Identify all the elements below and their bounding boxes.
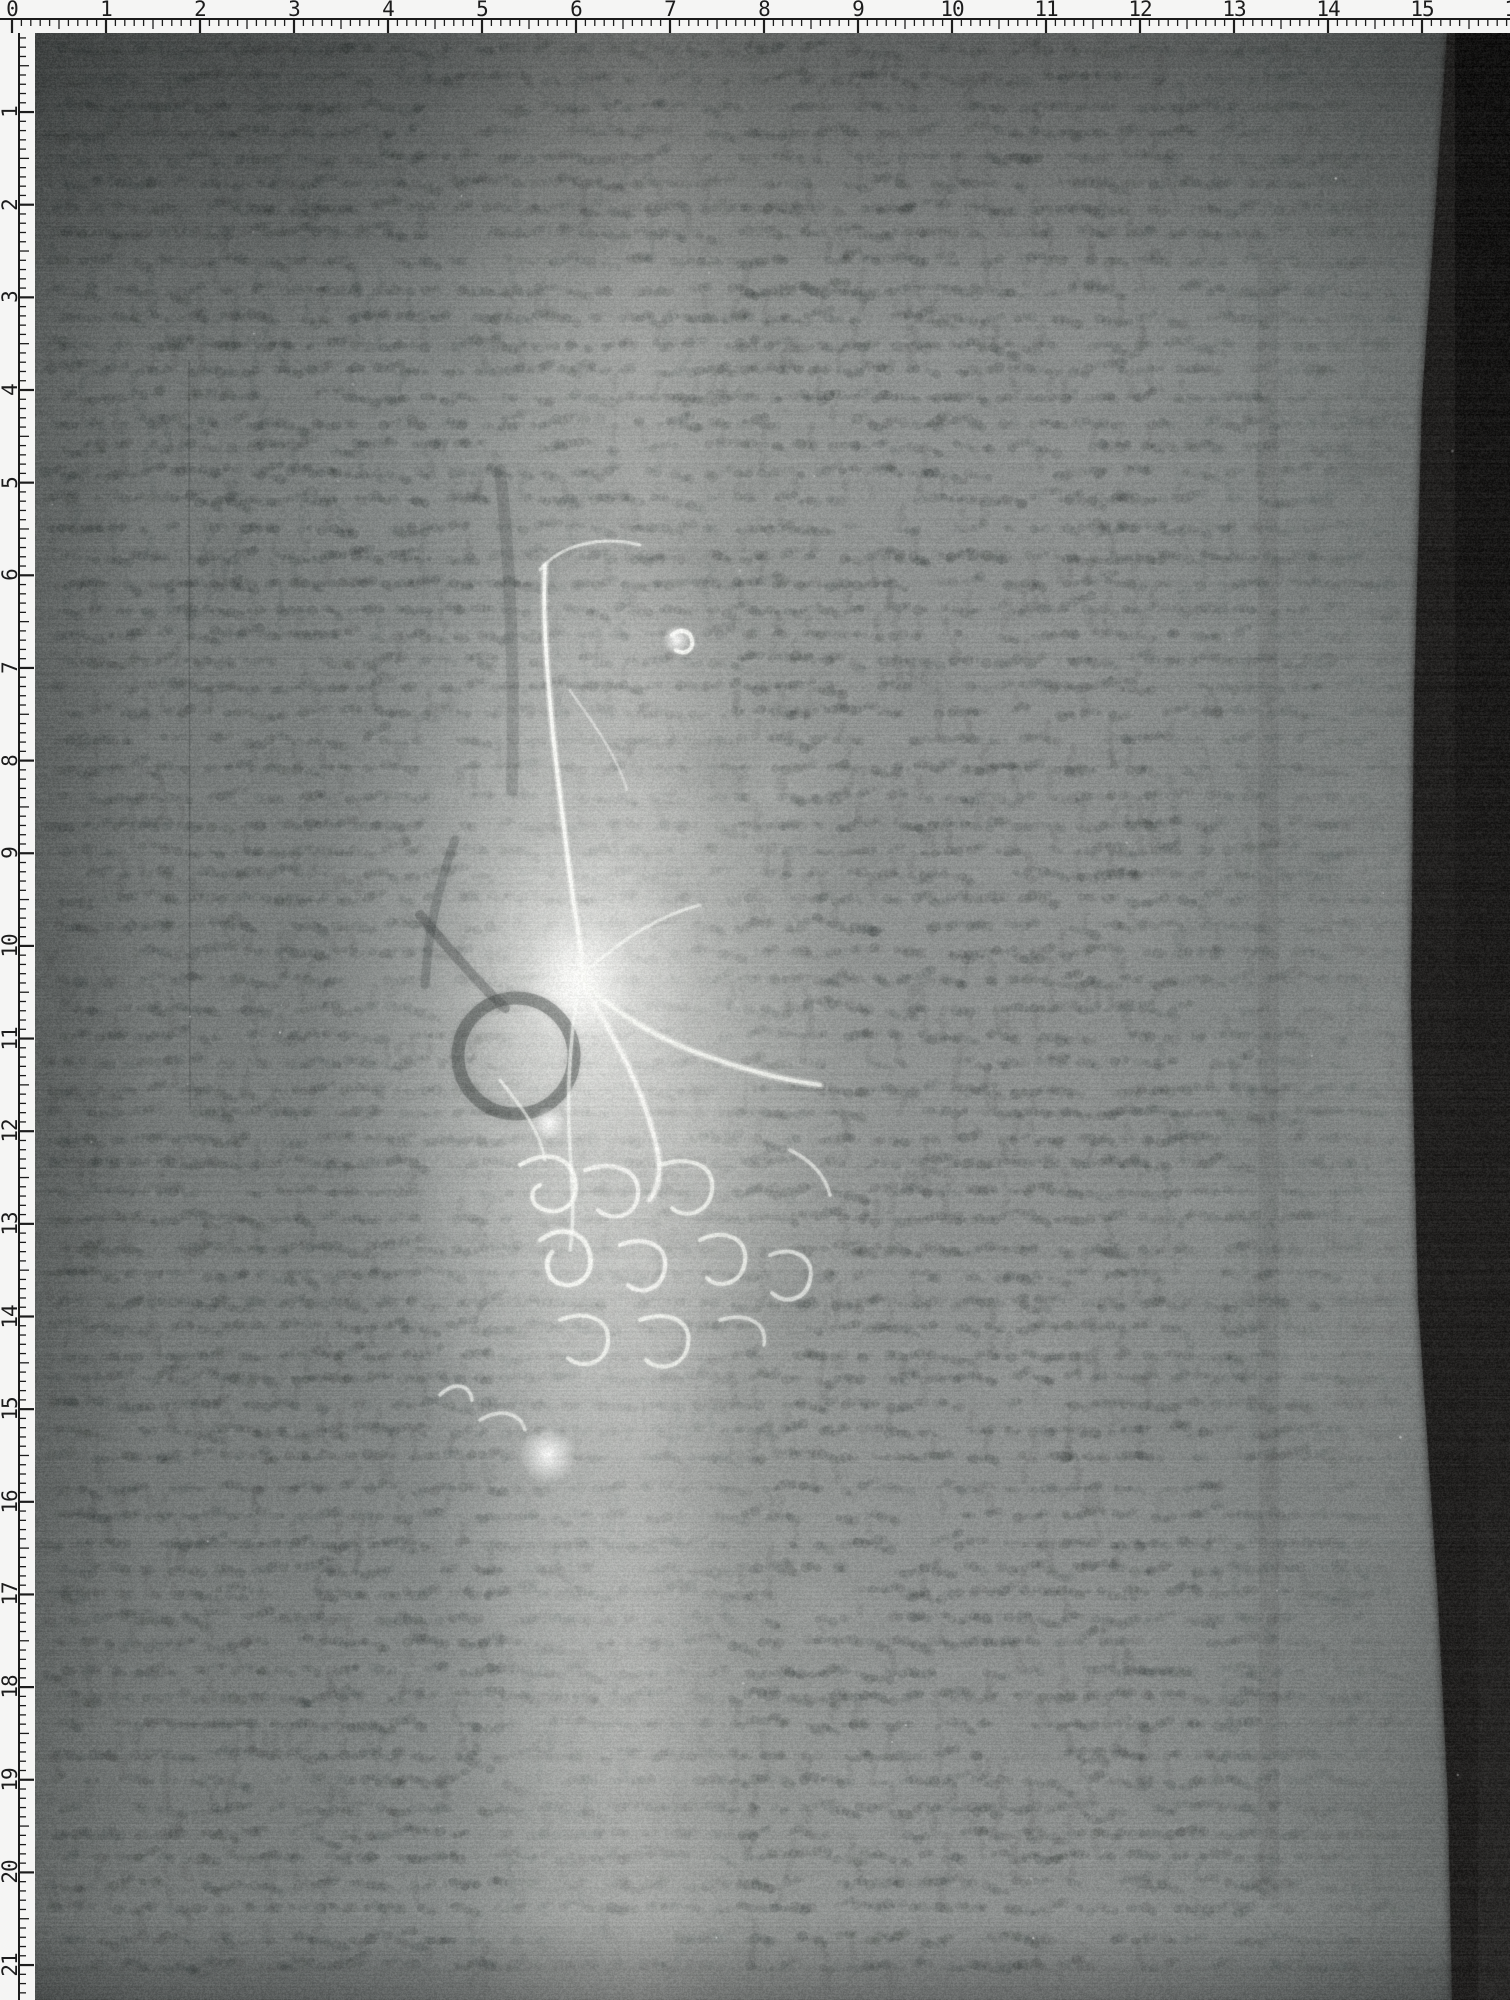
left-ruler-label: 9 — [0, 847, 22, 859]
manuscript-scan-page: 123456789101112131415161718192021 012345… — [0, 0, 1510, 2000]
left-ruler-label: 15 — [0, 1397, 22, 1420]
left-ruler-label: 13 — [0, 1212, 22, 1235]
left-cm-ruler: 123456789101112131415161718192021 — [0, 0, 35, 2000]
left-ruler-label: 18 — [0, 1675, 22, 1698]
left-ruler-label: 7 — [0, 662, 22, 674]
top-ruler-label: 9 — [852, 0, 864, 21]
left-ruler-label: 3 — [0, 292, 22, 304]
top-ruler-label: 6 — [570, 0, 582, 21]
top-ruler-label: 3 — [288, 0, 300, 21]
left-ruler-label: 10 — [0, 934, 22, 957]
top-ruler-label: 14 — [1316, 0, 1339, 21]
manuscript-image — [0, 0, 1510, 2000]
left-ruler-label: 17 — [0, 1583, 22, 1606]
top-ruler-label: 11 — [1034, 0, 1057, 21]
top-ruler-label: 4 — [382, 0, 394, 21]
top-ruler-label: 5 — [476, 0, 488, 21]
left-ruler-label: 12 — [0, 1120, 22, 1143]
top-ruler-label: 1 — [100, 0, 112, 21]
left-ruler-label: 20 — [0, 1861, 22, 1884]
top-ruler-label: 7 — [664, 0, 676, 21]
left-ruler-label: 14 — [0, 1305, 22, 1328]
top-ruler-label: 16 — [1504, 0, 1510, 21]
left-ruler-label: 6 — [0, 569, 22, 581]
top-cm-ruler: 012345678910111213141516 — [0, 0, 1510, 33]
top-ruler-label: 15 — [1410, 0, 1433, 21]
left-ruler-label: 21 — [0, 1953, 22, 1976]
left-ruler-label: 2 — [0, 199, 22, 211]
top-ruler-label: 8 — [758, 0, 770, 21]
left-ruler-label: 8 — [0, 755, 22, 767]
left-ruler-label: 1 — [0, 106, 22, 118]
left-ruler-label: 16 — [0, 1490, 22, 1513]
left-ruler-label: 4 — [0, 384, 22, 396]
top-ruler-label: 10 — [940, 0, 963, 21]
top-ruler-label: 13 — [1222, 0, 1245, 21]
left-ruler-label: 19 — [0, 1768, 22, 1791]
left-ruler-label: 5 — [0, 477, 22, 489]
top-ruler-label: 0 — [6, 0, 18, 21]
top-ruler-label: 12 — [1128, 0, 1151, 21]
top-ruler-label: 2 — [194, 0, 206, 21]
left-ruler-label: 11 — [0, 1027, 22, 1050]
